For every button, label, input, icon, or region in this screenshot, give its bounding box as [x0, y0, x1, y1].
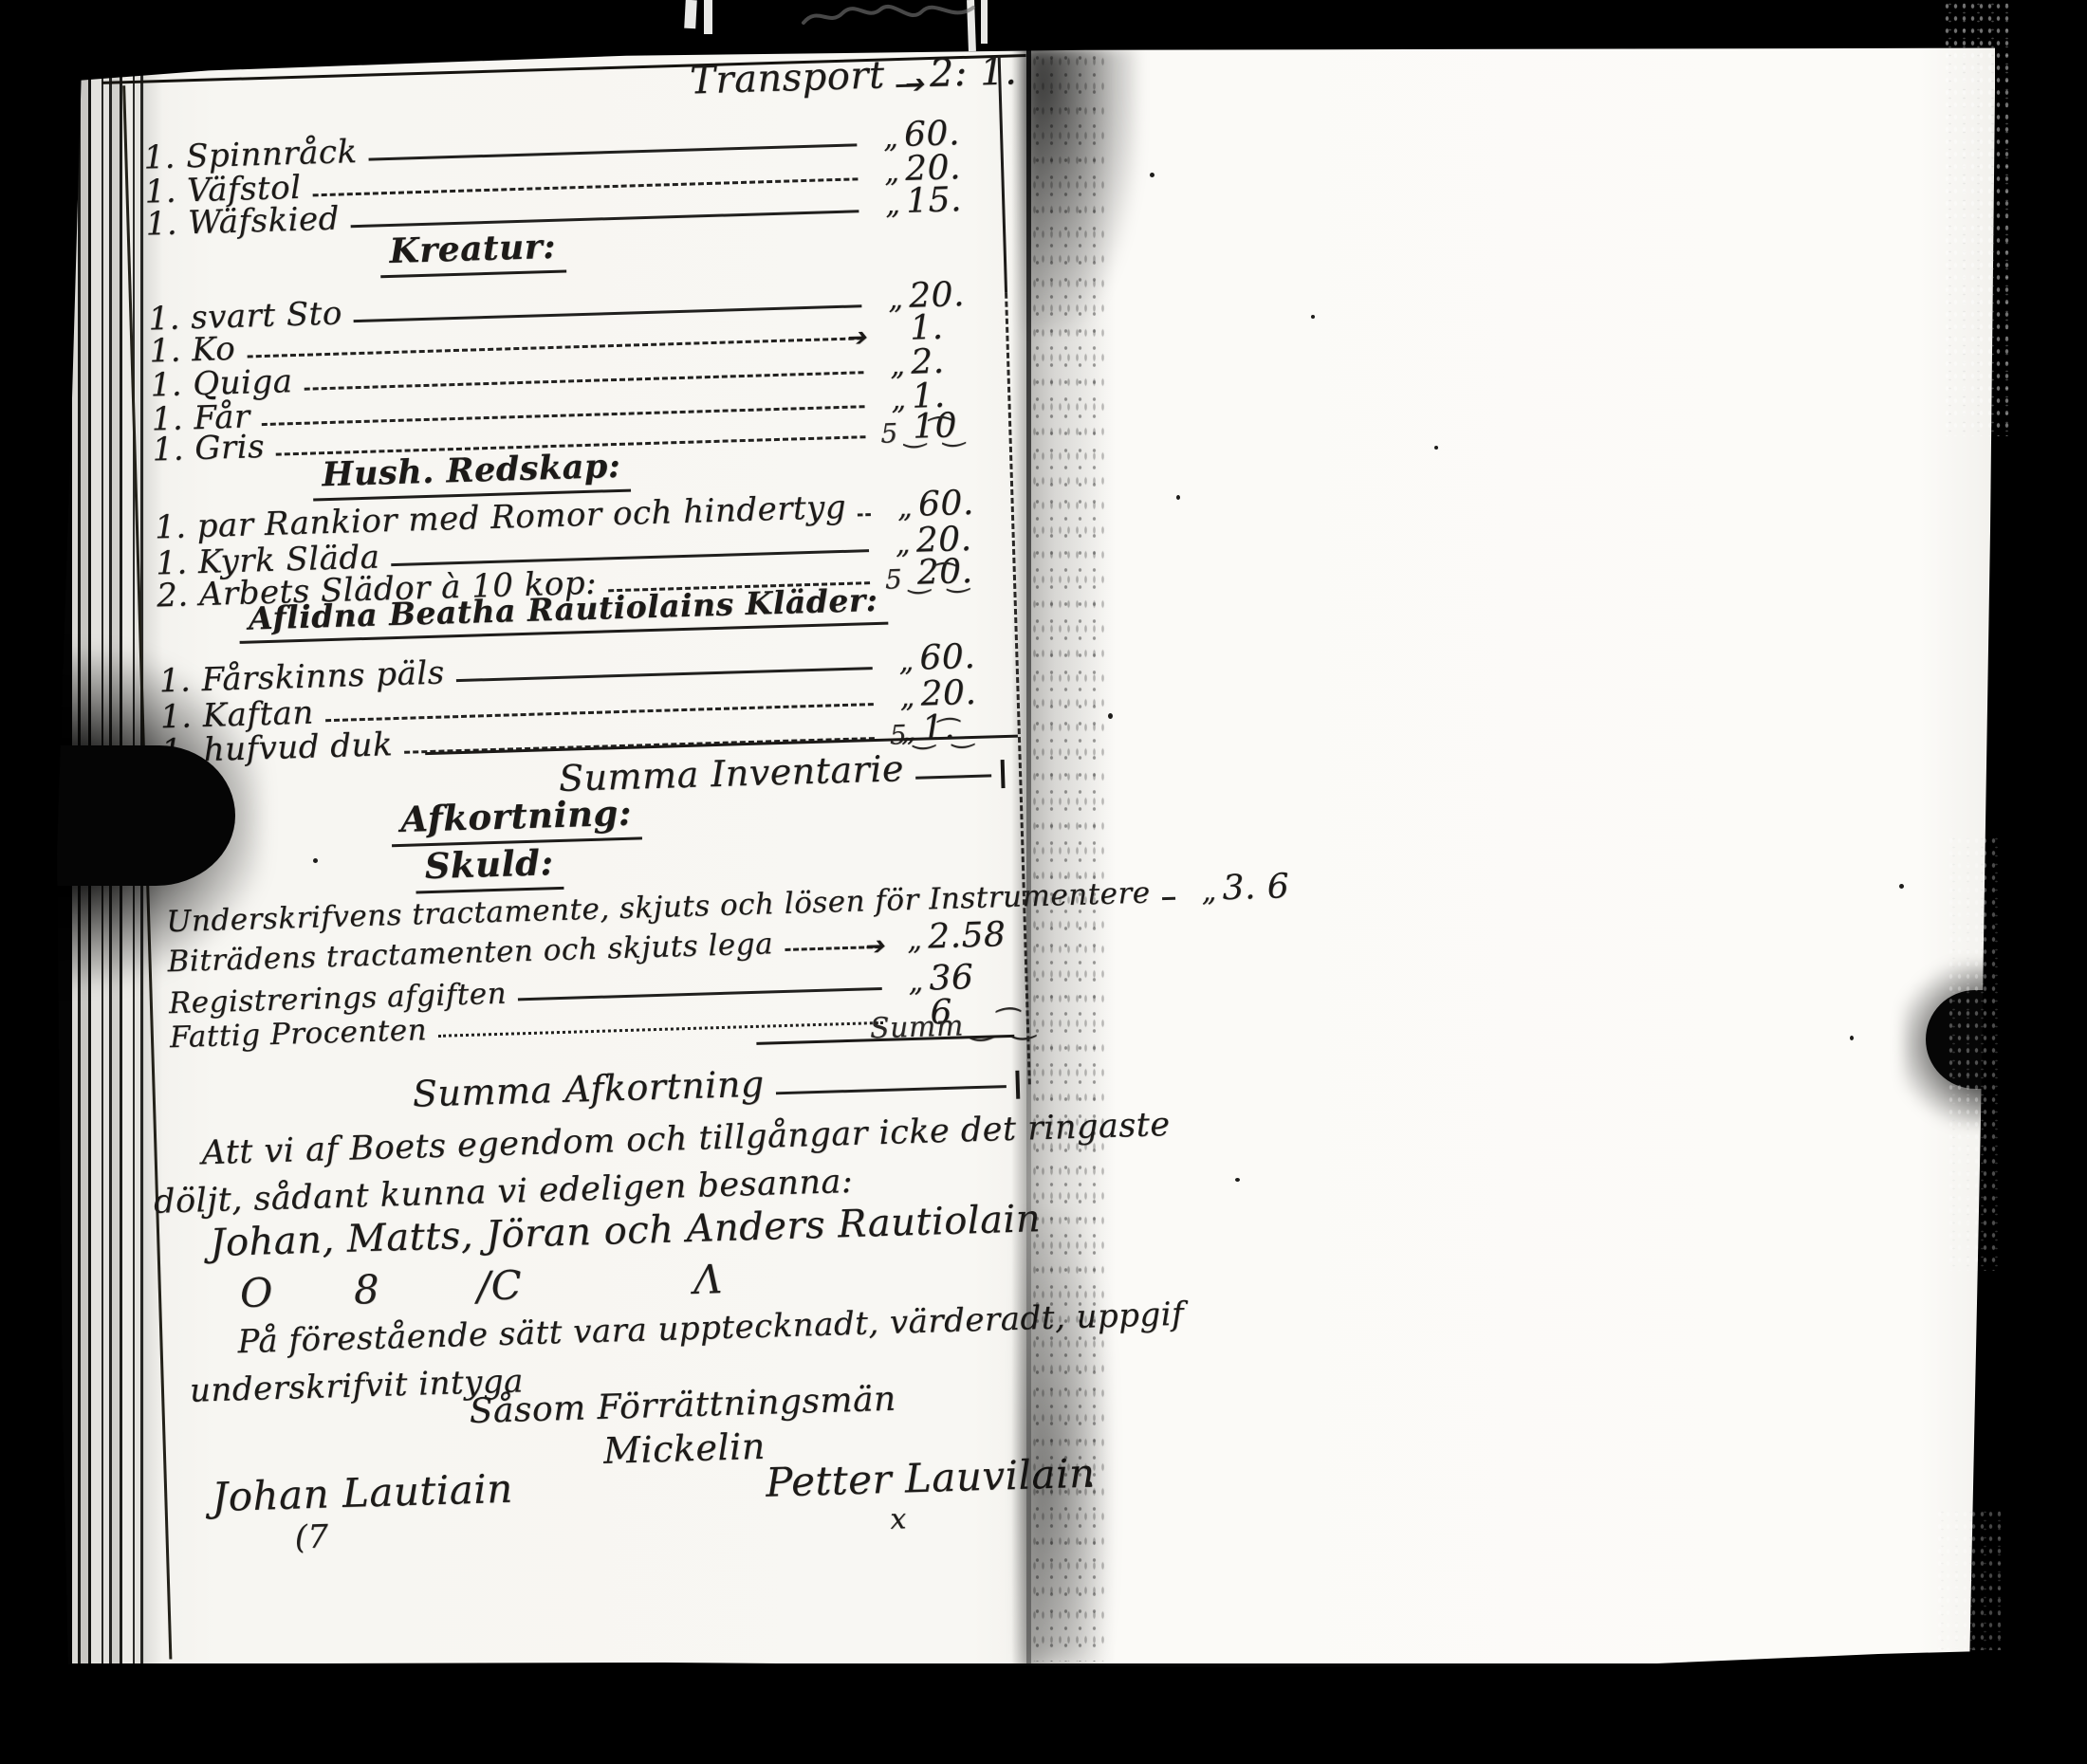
debt-amount: 2.58 [928, 915, 1010, 957]
finger-shadow-left [49, 745, 235, 886]
transport-label: Transport [690, 53, 886, 102]
ditto-mark: „ [881, 645, 914, 679]
signature-name: Petter Lauvilain [765, 1450, 1096, 1506]
summa-afkortning-label: Summa Afkortning [412, 1063, 765, 1115]
signature-name: Johan Lautiain [212, 1465, 514, 1520]
signature-mark: x [890, 1502, 907, 1536]
heading-skuld: Skuld: [415, 841, 563, 894]
dust-speck [1176, 495, 1180, 500]
transport-row: Transport 2: 1. [690, 49, 1018, 102]
leader-line [858, 513, 871, 516]
witness-title: Såsom Förrättningsmän [469, 1380, 896, 1431]
oath-line-1: Att vi af Boets egendom och tillgångar i… [201, 1106, 1171, 1172]
house-mark: O [239, 1269, 273, 1316]
page-edge-slit [981, 0, 988, 44]
leader-end-tick [1015, 1071, 1020, 1099]
ditto-mark: „ [890, 924, 923, 958]
item-amount: 60. [917, 483, 1000, 524]
leader-line [915, 774, 991, 779]
section-heading-kreatur: Kreatur: [379, 227, 566, 279]
section-sum-flourish: 5 [884, 561, 968, 596]
dust-speck [1150, 173, 1154, 177]
leader-line [896, 83, 920, 87]
scanner-background-bottom [0, 1648, 2087, 1764]
ditto-mark: „ [1184, 874, 1217, 909]
summa-afkortning-row: Summa Afkortning [412, 1056, 1020, 1115]
dust-speck [1087, 1481, 1092, 1487]
ditto-mark: „ [880, 491, 914, 525]
leader-line [785, 946, 880, 951]
dust-speck [1235, 1178, 1240, 1182]
dust-speck [1434, 446, 1438, 450]
page-edge-slit [704, 0, 712, 34]
scanned-book-photo: Transport 2: 1. 1. Spinnråck „ 60. 1. Vä… [0, 0, 2087, 1764]
manuscript-content: Transport 2: 1. 1. Spinnråck „ 60. 1. Vä… [120, 30, 1063, 1668]
house-mark: 8 [353, 1266, 380, 1314]
house-mark: Λ [693, 1256, 723, 1303]
item-amount: 60. [919, 636, 1002, 678]
leader-line [438, 1021, 883, 1038]
item-amount: 15. [906, 179, 988, 221]
house-mark: ∕C [476, 1261, 523, 1309]
item-label: 1. Wäfskied [145, 200, 341, 244]
dust-speck [1899, 884, 1904, 889]
bleed-through-writing [799, 0, 979, 32]
heading-afkortning: Afkortning: [391, 791, 642, 847]
signature-name: Mickelin [602, 1425, 766, 1472]
page-edge-slit [684, 0, 697, 28]
leader-end-tick [1001, 760, 1006, 788]
dust-speck [1108, 713, 1113, 719]
dust-speck [313, 858, 318, 863]
signature-mark: (7 [294, 1518, 329, 1557]
ditto-mark: „ [868, 188, 901, 222]
leader-line [776, 1085, 1007, 1094]
debt-amount: 3. 6 [1222, 867, 1304, 909]
leader-line [351, 210, 859, 228]
debt-label: Fattig Procenten [169, 1013, 427, 1055]
dust-speck [1850, 1036, 1854, 1040]
section-sum-flourish: 5 [880, 415, 964, 450]
dust-speck [1311, 315, 1315, 319]
item-label: 1. Gris [152, 428, 266, 469]
section-heading-redskap: Hush. Redskap: [312, 447, 631, 502]
transport-amount: 2: 1. [929, 49, 1018, 96]
leader-line [1162, 897, 1175, 900]
